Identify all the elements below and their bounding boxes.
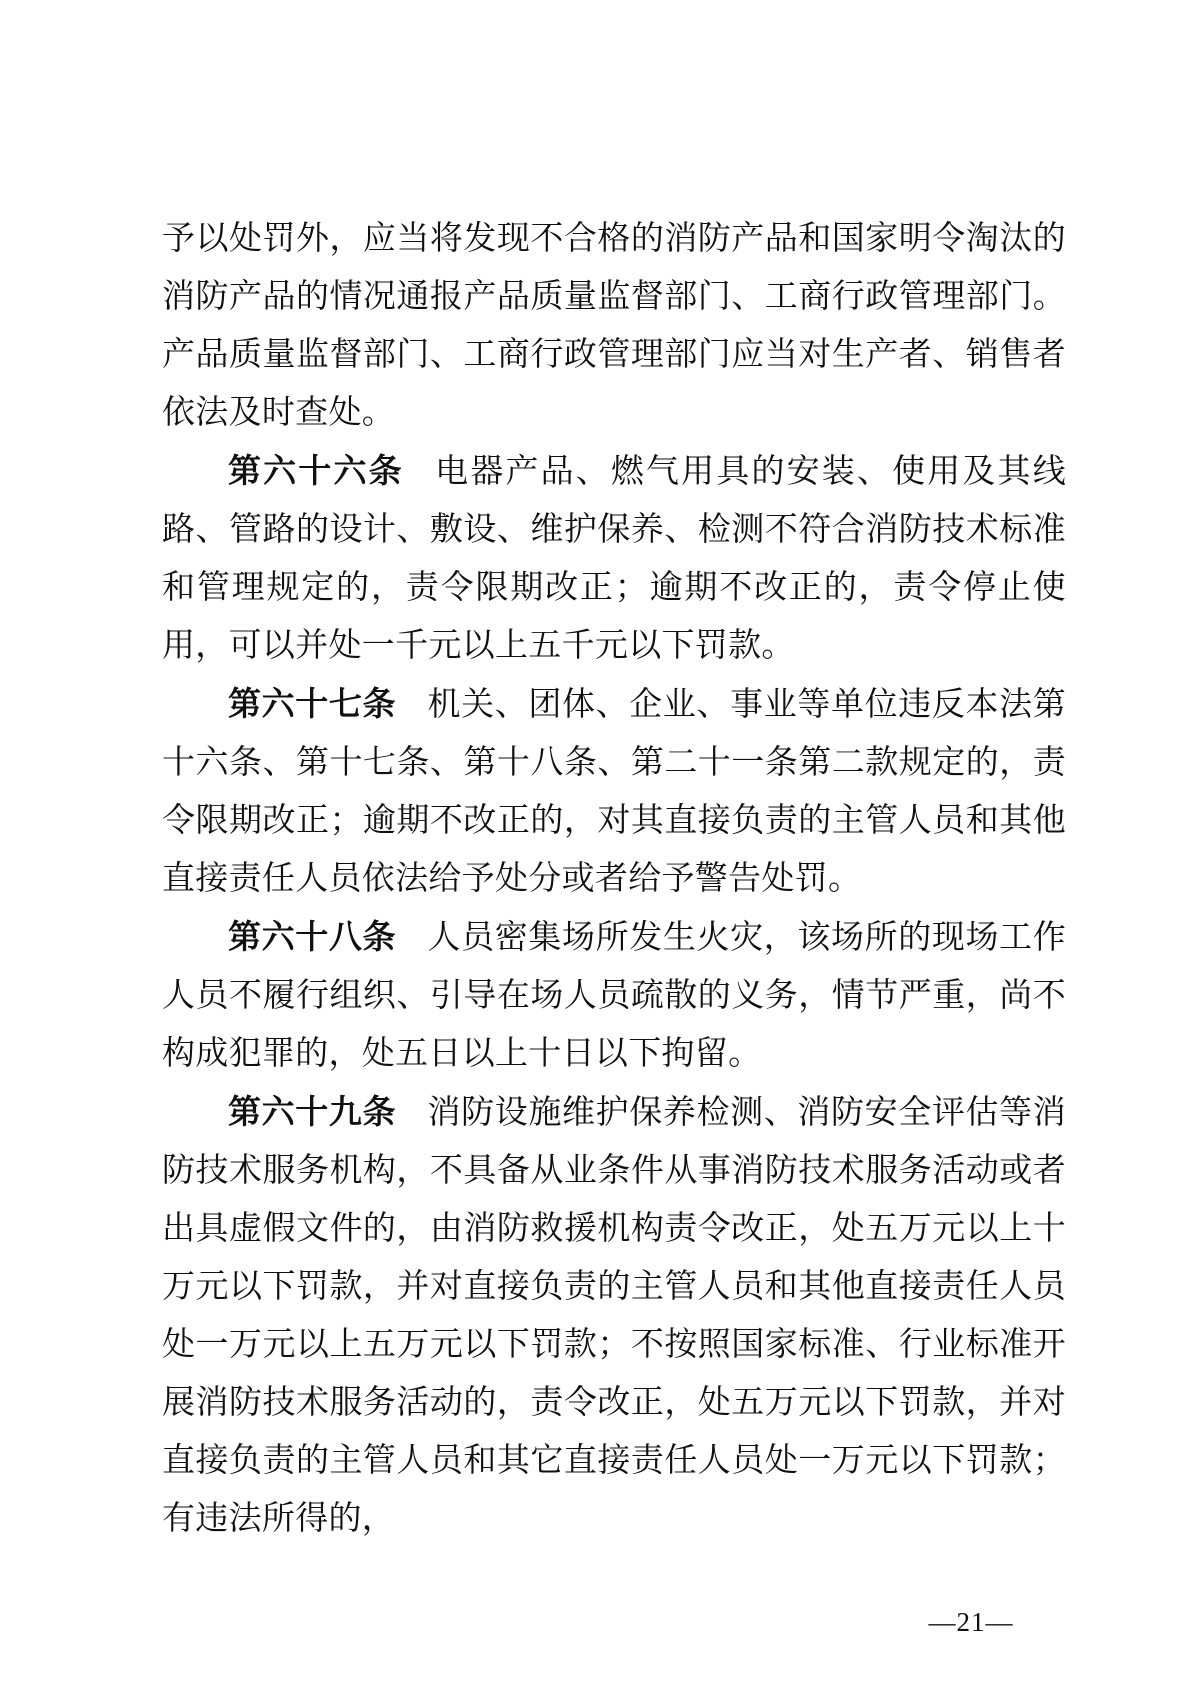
document-page: 予以处罚外，应当将发现不合格的消防产品和国家明令淘汰的消防产品的情况通报产品质量… [0,0,1190,1683]
article-text: 消防设施维护保养检测、消防安全评估等消防技术服务机构，不具备从业条件从事消防技术… [162,1095,1066,1537]
document-body: 予以处罚外，应当将发现不合格的消防产品和国家明令淘汰的消防产品的情况通报产品质量… [162,210,1066,1548]
article-paragraph: 第六十九条消防设施维护保养检测、消防安全评估等消防技术服务机构，不具备从业条件从… [162,1083,1066,1548]
article-number: 第六十七条 [228,685,396,722]
page-number: —21— [926,1604,1016,1640]
article-number: 第六十九条 [228,1093,396,1130]
body-paragraph: 予以处罚外，应当将发现不合格的消防产品和国家明令淘汰的消防产品的情况通报产品质量… [162,210,1066,442]
article-text: 予以处罚外，应当将发现不合格的消防产品和国家明令淘汰的消防产品的情况通报产品质量… [162,221,1066,431]
article-number: 第六十六条 [228,452,404,489]
article-number: 第六十八条 [228,918,396,955]
article-paragraph: 第六十八条人员密集场所发生火灾，该场所的现场工作人员不履行组织、引导在场人员疏散… [162,908,1066,1083]
article-paragraph: 第六十七条机关、团体、企业、事业等单位违反本法第十六条、第十七条、第十八条、第二… [162,675,1066,908]
article-paragraph: 第六十六条电器产品、燃气用具的安装、使用及其线路、管路的设计、敷设、维护保养、检… [162,442,1066,675]
